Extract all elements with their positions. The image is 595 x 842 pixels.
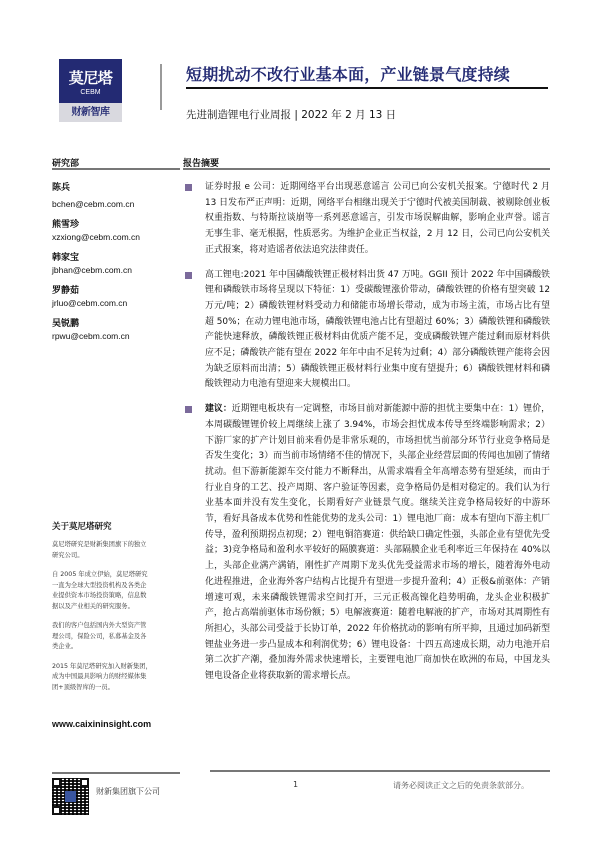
analyst-item: 韩家宝 jbhan@cebm.com.cn xyxy=(52,252,172,277)
title-underline xyxy=(186,87,548,89)
research-dept-rule xyxy=(52,168,180,170)
disclaimer-note: 请务必阅读正文之后的免责条款部分。 xyxy=(393,780,529,791)
report-title: 短期扰动不改行业基本面，产业链景气度持续 xyxy=(186,62,510,85)
summary-bullets: 证券时报 e 公司：近期网络平台出现恶意谣言 公司已向公安机关报案。宁德时代 2… xyxy=(183,180,550,694)
analyst-name: 罗静茹 xyxy=(52,285,172,297)
analyst-item: 罗静茹 jrluo@cebm.com.cn xyxy=(52,285,172,310)
analyst-name: 陈兵 xyxy=(52,182,172,194)
analyst-name: 熊雪珍 xyxy=(52,219,172,231)
about-title: 关于莫尼塔研究 xyxy=(52,520,152,532)
qr-code-icon xyxy=(52,778,89,815)
square-bullet-icon xyxy=(185,406,192,413)
analyst-item: 熊雪珍 xzxiong@cebm.com.cn xyxy=(52,219,172,244)
report-subtitle: 先进制造锂电行业周报 | 2022 年 2 月 13 日 xyxy=(186,107,396,122)
summary-bullet: 建议：近期锂电板块有一定调整，市场目前对新能源中游的担忧主要集中在：1）锂价，本… xyxy=(183,402,550,685)
parent-company-label: 财新集团旗下公司 xyxy=(96,786,160,797)
summary-bullet: 证券时报 e 公司：近期网络平台出现恶意谣言 公司已向公安机关报案。宁德时代 2… xyxy=(183,180,550,259)
bullet-body: 证券时报 e 公司：近期网络平台出现恶意谣言 公司已向公安机关报案。宁德时代 2… xyxy=(205,182,550,255)
summary-rule xyxy=(183,168,550,170)
square-bullet-icon xyxy=(185,272,192,279)
bullet-body: 高工锂电:2021 年中国磷酸铁锂正极材料出货 47 万吨。GGII 预计 20… xyxy=(205,270,550,390)
square-bullet-icon xyxy=(185,184,192,191)
logo-brand-cn: 莫尼塔 xyxy=(59,59,122,88)
header-divider xyxy=(160,64,162,110)
about-paragraph: 2015 年莫尼塔研究加入财新集团，成为中国最具影响力的财经媒体集团+顶级智库的… xyxy=(52,662,152,694)
logo-tagline: 财新智库 xyxy=(59,103,122,122)
footer-rule xyxy=(210,770,550,772)
bullet-text: 证券时报 e 公司：近期网络平台出现恶意谣言 公司已向公安机关报案。宁德时代 2… xyxy=(205,180,550,259)
qr-finder-icon xyxy=(52,806,61,815)
analyst-list: 陈兵 bchen@cebm.com.cn 熊雪珍 xzxiong@cebm.co… xyxy=(52,182,172,351)
analyst-email[interactable]: bchen@cebm.com.cn xyxy=(52,198,172,211)
analyst-email[interactable]: rpwu@cebm.com.cn xyxy=(52,330,172,343)
logo-brand-en: CEBM xyxy=(59,88,122,97)
analyst-email[interactable]: xzxiong@cebm.com.cn xyxy=(52,231,172,244)
qr-finder-icon xyxy=(80,778,89,787)
analyst-email[interactable]: jrluo@cebm.com.cn xyxy=(52,297,172,310)
bullet-lead: 建议： xyxy=(205,404,232,414)
about-paragraph: 我们的客户包括国内外大型资产管理公司，保险公司，私募基金及各类企业。 xyxy=(52,621,152,653)
analyst-name: 韩家宝 xyxy=(52,252,172,264)
bullet-text: 建议：近期锂电板块有一定调整，市场目前对新能源中游的担忧主要集中在：1）锂价，本… xyxy=(205,402,550,685)
analyst-item: 吴锐鹏 rpwu@cebm.com.cn xyxy=(52,318,172,343)
analyst-email[interactable]: jbhan@cebm.com.cn xyxy=(52,264,172,277)
summary-bullet: 高工锂电:2021 年中国磷酸铁锂正极材料出货 47 万吨。GGII 预计 20… xyxy=(183,268,550,394)
website-link[interactable]: www.caixininsight.com xyxy=(52,719,151,729)
analyst-item: 陈兵 bchen@cebm.com.cn xyxy=(52,182,172,211)
analyst-name: 吴锐鹏 xyxy=(52,318,172,330)
page-number: 1 xyxy=(293,780,298,789)
bullet-body: 近期锂电板块有一定调整，市场目前对新能源中游的担忧主要集中在：1）锂价，本周碳酸… xyxy=(205,404,550,681)
about-paragraph: 自 2005 年成立伊始，莫尼塔研究一直为全球大型投资机构及各类企业提供资本市场… xyxy=(52,570,152,612)
bullet-text: 高工锂电:2021 年中国磷酸铁锂正极材料出货 47 万吨。GGII 预计 20… xyxy=(205,268,550,394)
qr-logo-icon xyxy=(65,791,76,802)
about-section: 关于莫尼塔研究 莫尼塔研究是财新集团旗下的独立研究公司。 自 2005 年成立伊… xyxy=(52,520,152,702)
sidebar-footer-rule xyxy=(52,772,180,774)
qr-finder-icon xyxy=(52,778,61,787)
about-paragraph: 莫尼塔研究是财新集团旗下的独立研究公司。 xyxy=(52,540,152,561)
cebm-logo: 莫尼塔 CEBM 财新智库 xyxy=(59,59,122,122)
logo-top-block: 莫尼塔 CEBM xyxy=(59,59,122,103)
